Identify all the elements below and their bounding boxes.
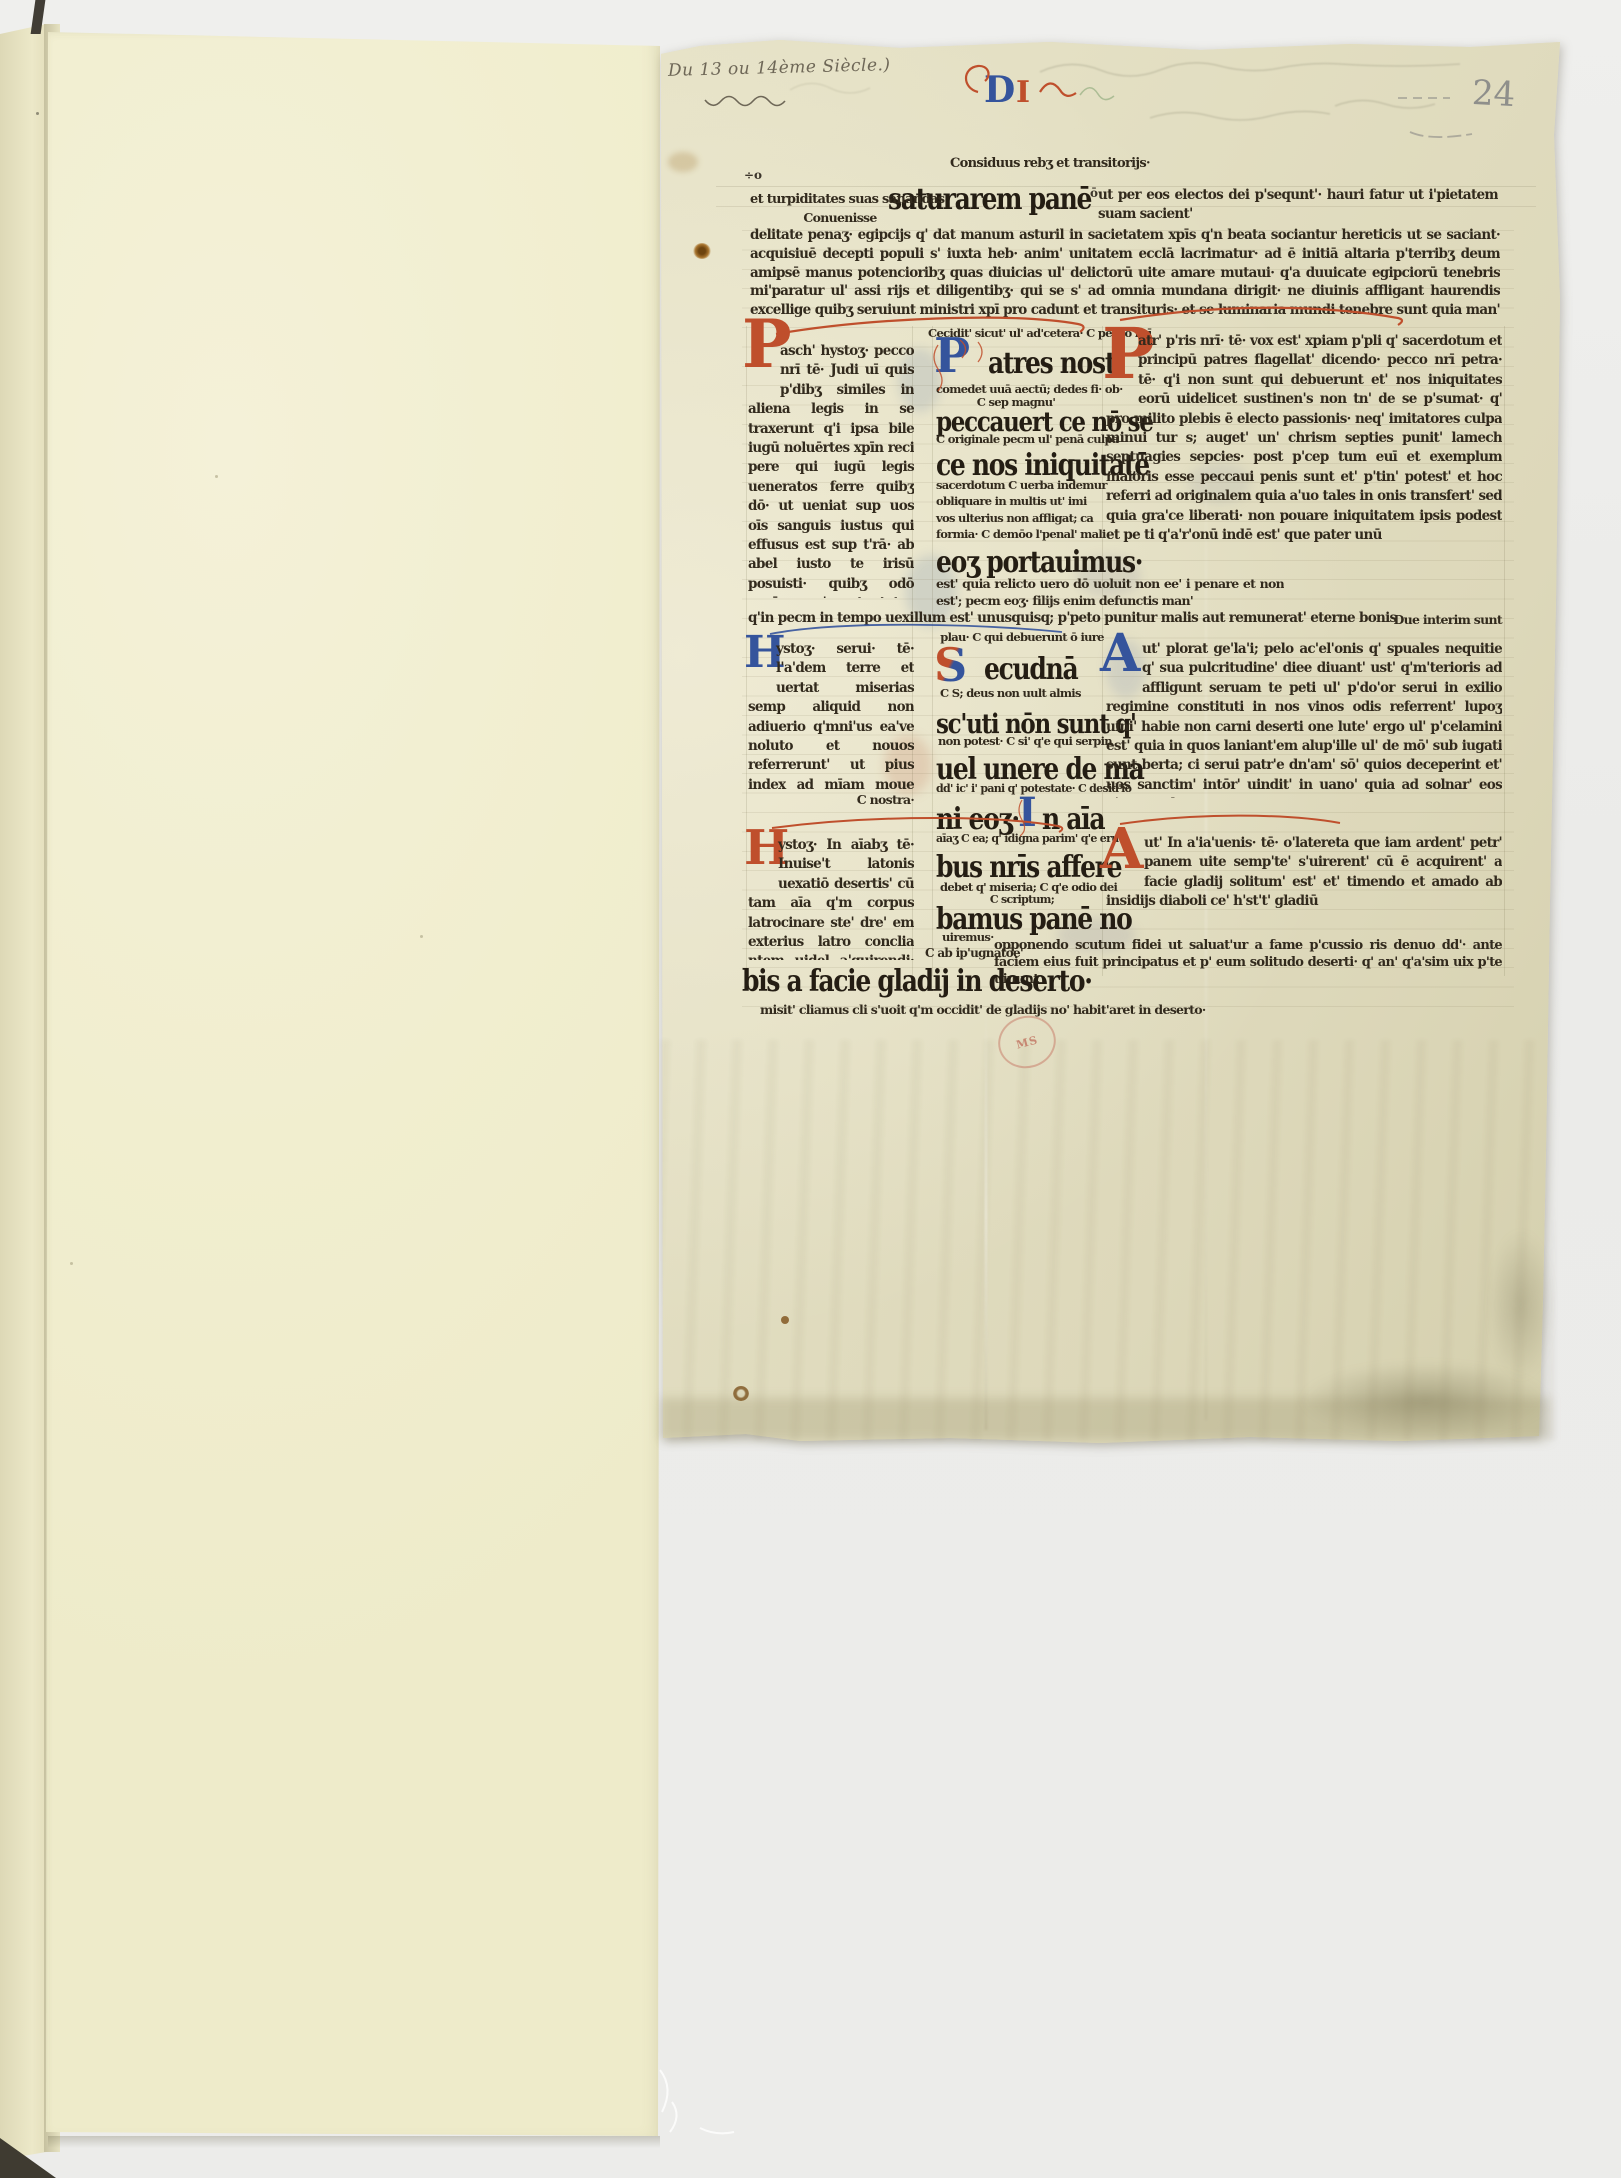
left-gloss-block-1: asch' hystoʒ· pecco nrī tē· Judi uī quis… [748, 342, 914, 598]
interlinear-gloss: C S; deus non uult almis [940, 686, 1081, 700]
interlinear-gloss: aīaʒ C ea; q' idigna parim' q'e eru [936, 832, 1119, 845]
bible-text-line: ecudnā [984, 652, 1077, 686]
ink-spot [781, 1316, 789, 1324]
left-gloss-block-2: ystoʒ· serui· tē· l'a'dem terre et uerta… [748, 640, 914, 790]
running-title-letter-blue: D [984, 72, 1015, 108]
right-gloss-due-line: Due interim sunt [1106, 612, 1502, 627]
gloss-top-paragraph: delitate penaʒ· egipcijs q' dat manum as… [750, 226, 1500, 320]
interlinear-gloss: non potest· C si' q'e qui serpin [938, 734, 1112, 748]
right-gloss-block-1: atr' p'ris nrī· tē· vox est' xpiam p'pli… [1106, 332, 1502, 594]
faint-stain [668, 152, 698, 172]
parchment-crease [985, 1000, 987, 1430]
bible-text-bottom-line: bis a facie gladij in deserto· [742, 964, 1092, 998]
paraph-mark: ÷o [744, 168, 762, 182]
ruling-vertical [932, 326, 933, 976]
initial-spacer [748, 836, 778, 878]
interlinear-gloss-lines: sacerdotum C uerba indemur obliquare in … [936, 477, 1107, 542]
ring-stain [733, 1386, 749, 1401]
interlinear-gloss: comedet uuā aectū; dedes fi· ob· [936, 382, 1123, 396]
initial-spacer [1106, 834, 1144, 880]
folio-number: 24 [1471, 73, 1516, 115]
initial-spacer [1106, 332, 1138, 392]
initial-S-parted: S [934, 646, 967, 685]
interlinear-gloss: uiremus· [942, 930, 994, 944]
initial-spacer [748, 640, 776, 680]
initial-spacer [748, 342, 780, 400]
interlinear-gloss: debet q' miseria; C q'e odio dei [940, 880, 1117, 894]
right-gloss-block-3: ut' In a'ia'uenis· tē· o'latereta que ia… [1106, 834, 1502, 954]
gloss-fragment: Conuenisse [770, 210, 910, 225]
gloss-fragment: et turpiditates suas sanandas [750, 192, 944, 207]
left-gloss-block-3: ystoʒ· In aīabʒ tē· Inuise't latonis uex… [748, 836, 914, 960]
initial-spacer [1106, 640, 1142, 684]
left-gloss-tail: C nostra· [748, 792, 914, 807]
initial-P-blue: P [934, 336, 970, 377]
brown-stain [693, 243, 711, 259]
stamp-text: MS [1015, 1033, 1040, 1051]
running-title-letter-red: I [1016, 78, 1030, 108]
header-gloss: Considuus rebʒ et transitorijs· [950, 156, 1140, 171]
interlinear-gloss: C originale pecm ul' penā culpa [936, 432, 1119, 446]
album-photo: Du 13 ou 14ème Siècle.) 24 D I MS Consid… [0, 0, 1621, 2178]
initial-I-blue: I [1018, 796, 1037, 830]
right-gloss-block-2: ut' plorat ge'la'i; pelo ac'el'onis q' s… [1106, 640, 1502, 798]
olive-smudge [1488, 1230, 1554, 1380]
bottom-final-gloss: misit' cliamus cli s'uoit q'm occidit' d… [760, 1002, 1206, 1017]
gloss-fragment: ut per eos electos dei p'sequnt'· hauri … [1098, 186, 1498, 226]
ruling-vertical [1504, 326, 1505, 976]
